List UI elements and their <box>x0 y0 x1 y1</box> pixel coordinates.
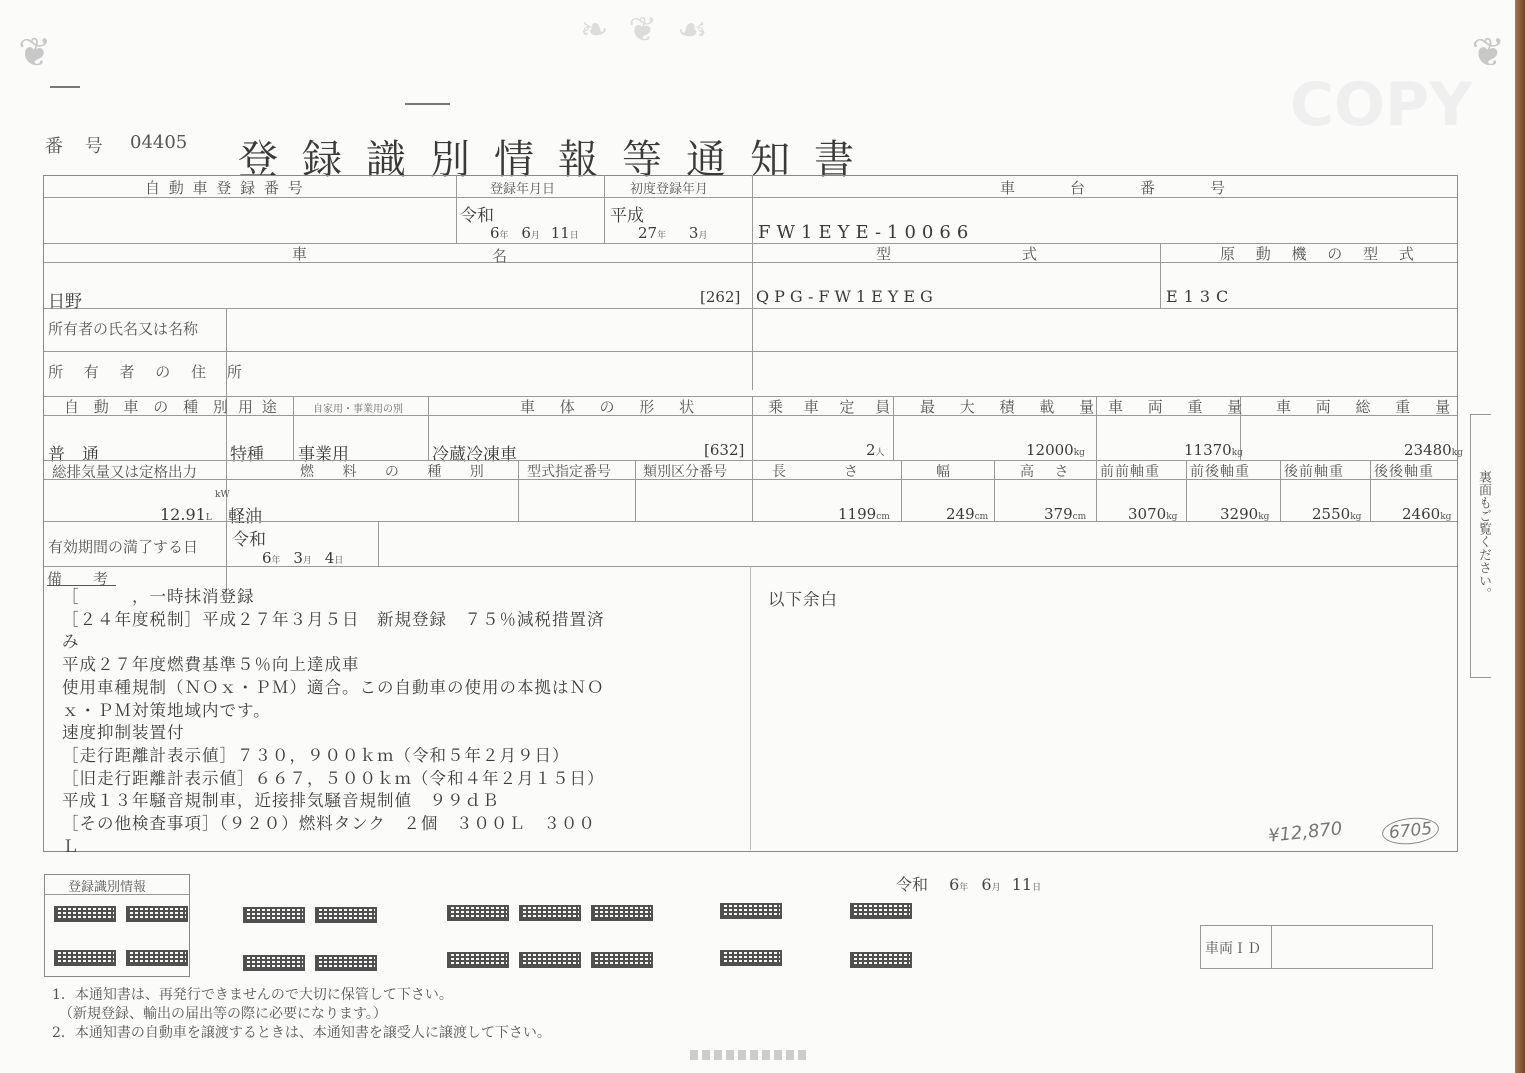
note-2: 2．本通知書の自動車を譲渡するときは、本通知書を譲受人に譲渡して下さい。 <box>52 1022 551 1042</box>
expiry-date: 6年 3月 4日 <box>262 549 343 567</box>
name-label-2: 名 <box>492 245 509 266</box>
remark-line: み <box>62 631 605 654</box>
private-label: 自家用・事業用の別 <box>313 400 403 415</box>
plate-label: 自 動 車 登 録 番 号 <box>145 177 305 198</box>
kw-unit: kW <box>215 490 230 500</box>
body-code: [632] <box>704 441 744 459</box>
reg-date-label: 登録年月日 <box>490 178 555 197</box>
code-row <box>243 907 377 923</box>
corner-ornament-icon: ❦ <box>1471 30 1505 76</box>
fuel-type: 軽油 <box>228 502 262 527</box>
desk-edge <box>1515 0 1525 1073</box>
reg-id-label: 登録識別情報 <box>68 876 146 895</box>
number-label: 番 号 <box>45 132 111 158</box>
fuel-label: 燃 料 の 種 別 <box>300 461 496 481</box>
chassis-label: 車 台 番 号 <box>1000 177 1245 198</box>
capacity-label: 乗 車 定 員 <box>768 396 898 417</box>
expiry-era: 令和 <box>232 525 266 550</box>
mark <box>405 103 450 105</box>
engine-model: E13C <box>1166 287 1234 306</box>
use: 特種 <box>230 440 264 465</box>
model-label-2: 式 <box>1022 243 1039 264</box>
owner-address-label: 所 有 者 の 住 所 <box>48 361 250 382</box>
remark-line: ［旧走行距離計表示値］６６７，５００ｋｍ（令和４年２月１５日） <box>62 768 605 791</box>
height-label: 高 さ <box>1020 461 1076 481</box>
chassis-number: FW1EYE-10066 <box>758 222 974 243</box>
remark-line: 使用車種規制（ＮＯｘ・ＰＭ）適合。この自動車の使用の本拠はＮＯ <box>62 677 605 700</box>
ff-axle-label: 前前軸重 <box>1100 461 1160 481</box>
displacement-label: 総排気量又は定格出力 <box>52 461 197 482</box>
vehicle-weight: 11370kg <box>1184 441 1243 459</box>
code-row <box>720 950 782 966</box>
rr-axle-label: 後後軸重 <box>1374 461 1434 481</box>
max-load-label: 最 大 積 載 量 <box>920 396 1104 417</box>
reg-id-code-row <box>54 906 188 922</box>
first-reg-era: 平成 <box>610 201 644 226</box>
vehicle-name-code: [262] <box>700 288 740 306</box>
expiry-label: 有効期間の満了する日 <box>48 536 198 557</box>
capacity: 2人 <box>866 441 885 459</box>
weight-label: 車 両 重 量 <box>1108 396 1252 417</box>
vehicle-model: QPG-FW1EYEG <box>756 287 938 306</box>
remark-line: Ｌ <box>62 836 605 859</box>
note-1-sub: （新規登録、輸出の届出等の際に必要になります。） <box>52 1003 387 1023</box>
first-reg-date: 27年 3月 <box>638 224 707 242</box>
category-label: 類別区分番号 <box>643 461 727 481</box>
mark <box>50 86 80 88</box>
code-row <box>243 955 377 971</box>
reg-date: 6年 6月 11日 <box>490 224 579 242</box>
remark-line: ［その他検査事項］（９２０）燃料タンク ２個 ３００Ｌ ３００ <box>62 813 605 836</box>
length-label: 長 さ <box>772 461 868 481</box>
code-row <box>447 952 653 968</box>
code-row <box>720 903 782 919</box>
engine-label: 原 動 機 の 型 式 <box>1220 243 1422 264</box>
remark-line: 平成２７年度燃費基準５％向上達成車 <box>62 654 605 677</box>
vehicle-id-label: 車両ＩＤ <box>1205 938 1261 958</box>
owner-name-label: 所有者の氏名又は名称 <box>48 318 198 339</box>
gross-weight: 23480kg <box>1404 441 1463 459</box>
vehicle-name: 日野 <box>48 287 82 312</box>
model-label-1: 型 <box>876 243 893 264</box>
note-1: 1．本通知書は、再発行できませんので大切に保管して下さい。 <box>52 984 453 1004</box>
watermark: COPY <box>1290 70 1472 140</box>
reg-id-code-row <box>54 950 188 966</box>
remark-line: ［２４年度税制］平成２７年３月５日 新規登録 ７５％減税措置済 <box>62 609 605 632</box>
code-row <box>850 903 912 919</box>
remarks-right: 以下余白 <box>768 586 838 610</box>
remarks-text: ［ ，一時抹消登録［２４年度税制］平成２７年３月５日 新規登録 ７５％減税措置済… <box>62 586 605 858</box>
remark-line: 速度抑制装置付 <box>62 722 605 745</box>
document-number: 04405 <box>130 132 187 153</box>
use-label: 用 途 <box>238 396 279 417</box>
type-designation-label: 型式指定番号 <box>527 461 611 481</box>
issue-date: 令和 6年 6月 11日 <box>896 872 1041 895</box>
corner-ornament-icon: ❦ <box>18 30 52 76</box>
gross-weight-label: 車 両 総 重 量 <box>1276 396 1460 417</box>
body-label: 車 体 の 形 状 <box>520 396 704 417</box>
printer-mark <box>690 1050 810 1060</box>
remark-line: ［走行距離計表示値］７３０，９００ｋｍ（令和５年２月９日） <box>62 745 605 768</box>
crest-ornament-icon: ❧❦☙ <box>580 10 727 50</box>
side-note: 裏面もご覧ください。 <box>1474 470 1493 600</box>
remark-line: ［ ，一時抹消登録 <box>62 586 605 609</box>
code-row <box>850 952 912 968</box>
remark-line: 平成１３年騒音規制車，近接排気騒音規制値 ９９ｄＢ <box>62 790 605 813</box>
name-label-1: 車 <box>292 243 309 264</box>
first-reg-label: 初度登録年月 <box>630 178 708 197</box>
certificate-paper: ❦ ❦ ❧❦☙ COPY 番 号 04405 登録識別情報等通知書 自 動 車 … <box>0 0 1515 1073</box>
max-load: 12000kg <box>1026 441 1085 459</box>
remark-line: ｘ・ＰＭ対策地域内です。 <box>62 700 605 723</box>
code-row <box>447 905 653 921</box>
rf-axle-label: 後前軸重 <box>1284 461 1344 481</box>
vehicle-type-label: 自 動 車 の 種 別 <box>64 396 233 417</box>
width-label: 幅 <box>936 461 950 481</box>
fr-axle-label: 前後軸重 <box>1190 461 1250 481</box>
reg-date-era: 令和 <box>460 201 494 226</box>
